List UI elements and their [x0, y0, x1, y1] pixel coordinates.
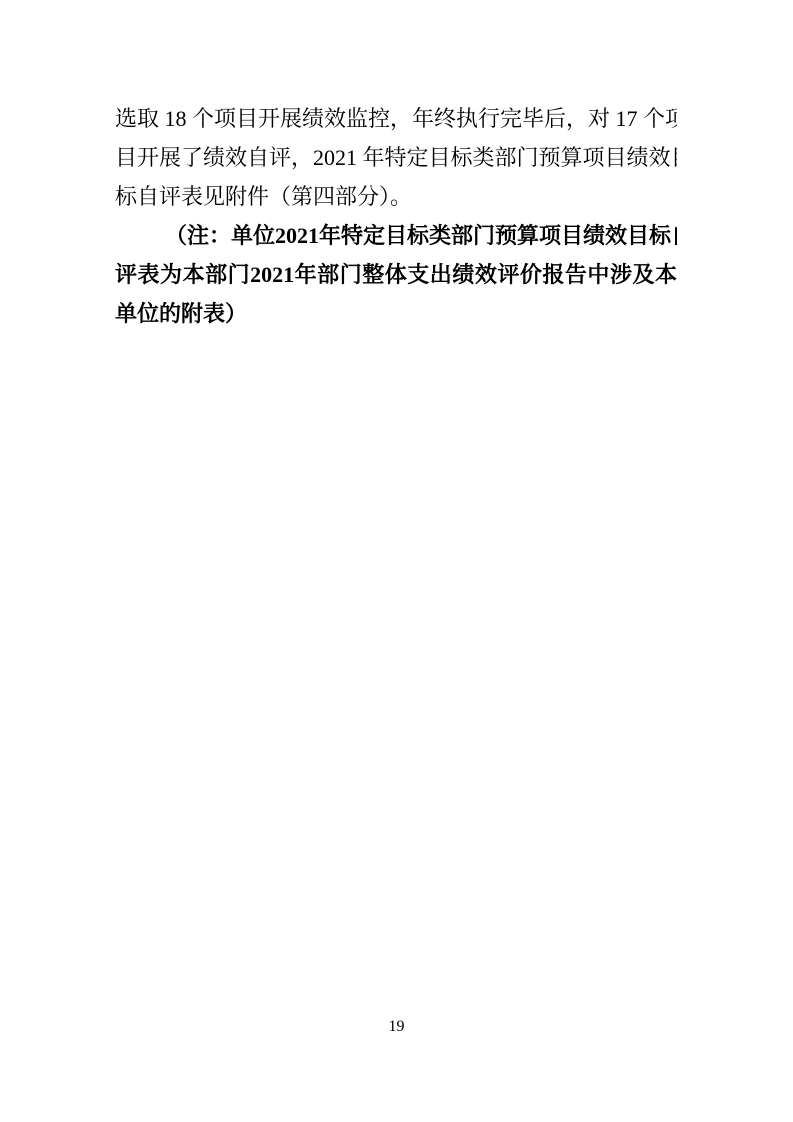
note-line-1: （注：单位2021年特定目标类部门预算项目绩效目标自 [115, 216, 677, 255]
note-paragraph: （注：单位2021年特定目标类部门预算项目绩效目标自 评表为本部门2021年部门… [115, 216, 677, 333]
document-page: 选取 18 个项目开展绩效监控，年终执行完毕后，对 17 个项 目开展了绩效自评… [0, 0, 793, 1122]
note-line-2: 评表为本部门2021年部门整体支出绩效评价报告中涉及本 [115, 255, 677, 294]
page-number: 19 [0, 1016, 793, 1038]
paragraph-line-3: 标自评表见附件（第四部分）。 [115, 177, 677, 216]
paragraph-line-2: 目开展了绩效自评，2021 年特定目标类部门预算项目绩效目 [115, 138, 677, 177]
note-line-3: 单位的附表） [115, 294, 677, 333]
paragraph-line-1: 选取 18 个项目开展绩效监控，年终执行完毕后，对 17 个项 [115, 99, 677, 138]
text-block: 选取 18 个项目开展绩效监控，年终执行完毕后，对 17 个项 目开展了绩效自评… [115, 99, 677, 333]
paragraph-performance-monitoring: 选取 18 个项目开展绩效监控，年终执行完毕后，对 17 个项 目开展了绩效自评… [115, 99, 677, 216]
